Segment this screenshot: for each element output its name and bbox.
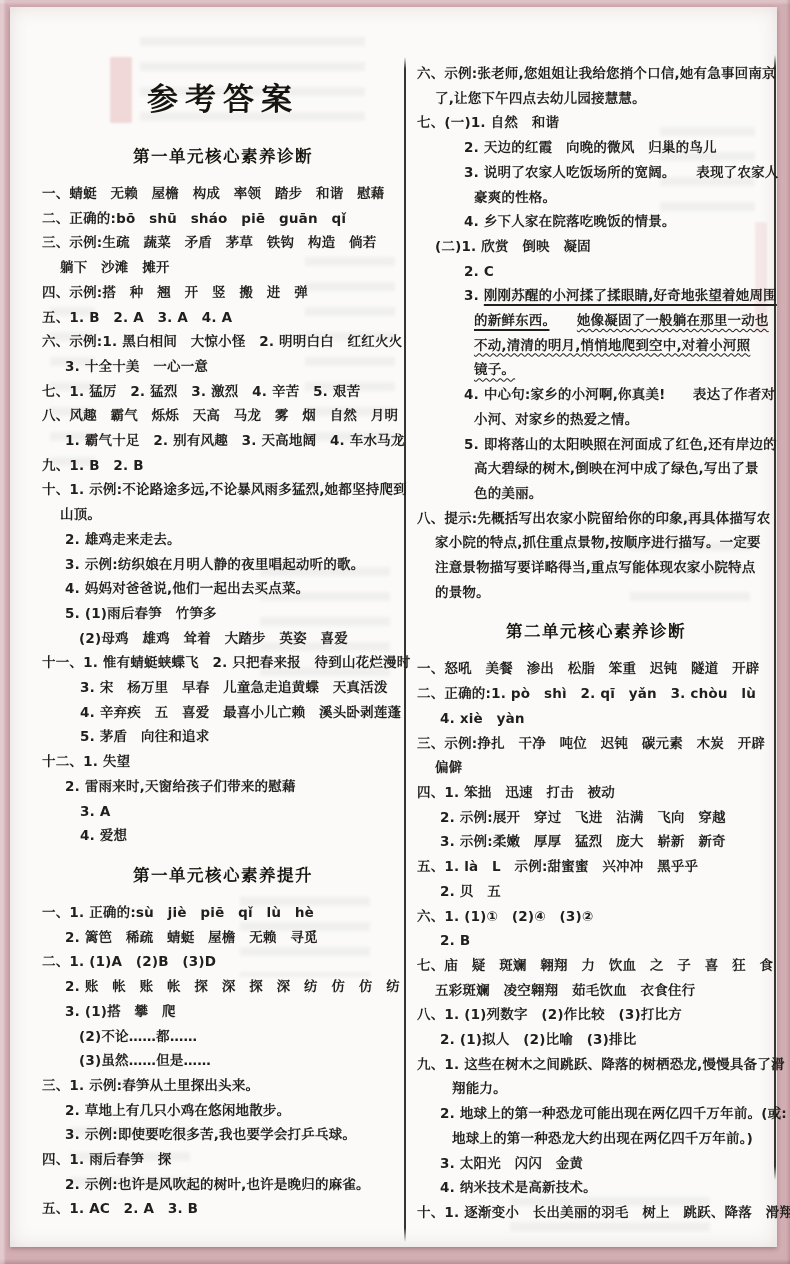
underlined-text: 的新鲜东西。: [474, 313, 549, 329]
answer-line: 的景物。: [417, 581, 775, 606]
answer-line: 3. 刚刚苏醒的小河揉了揉眼睛,好奇地张望着她周围: [417, 284, 775, 309]
left-column: 参考答案 第一单元核心素养诊断一、蜻蜓 无赖 屋檐 构成 率领 踏步 和谐 慰藉…: [42, 64, 404, 1222]
answer-line: 3. (1)搭 攀 爬: [42, 1000, 404, 1025]
answer-line: 八、1. (1)列数字 (2)作比较 (3)打比方: [417, 1003, 775, 1028]
answer-line: 镜子。: [417, 358, 775, 383]
section-heading: 第二单元核心素养诊断: [417, 618, 775, 642]
answer-line: 四、示例:搭 种 翘 开 竖 搬 进 弹: [42, 281, 404, 306]
answer-line: 3. 宋 杨万里 早春 儿童急走追黄蝶 天真活泼: [42, 676, 404, 701]
answer-line: (二)1. 欣赏 倒映 凝固: [417, 235, 775, 260]
answer-line: 4. 妈妈对爸爸说,他们一起出去买点菜。: [42, 577, 404, 602]
answer-line: 注意景物描写要详略得当,重点写能体现农家小院特点: [417, 556, 775, 581]
answer-line: 不动,清清的明月,悄悄地爬到空中,对着小河照: [417, 334, 775, 359]
answer-line: 4. 辛弃疾 五 喜爱 最喜小儿亡赖 溪头卧剥莲蓬: [42, 701, 404, 726]
answer-line: 七、1. 猛厉 2. 猛烈 3. 激烈 4. 辛苦 5. 艰苦: [42, 380, 404, 405]
wavy-underlined-text: 她像凝固了一般躺在那里一动也: [577, 313, 769, 329]
answer-line: 四、1. 雨后春笋 探: [42, 1148, 404, 1173]
answer-line: 四、1. 笨拙 迅速 打击 被动: [417, 781, 775, 806]
answer-line: 二、正确的:1. pò shì 2. qī yǎn 3. chòu lù: [417, 682, 775, 707]
answer-line: (3)虽然……但是……: [42, 1049, 404, 1074]
answer-line: 山顶。: [42, 503, 404, 528]
answer-line: 4. 纳米技术是高新技术。: [417, 1176, 775, 1201]
answer-line: 了,让您下午四点去幼儿园接慧慧。: [417, 87, 775, 112]
wavy-underlined-text: 镜子。: [474, 362, 515, 378]
left-column-lines: 第一单元核心素养诊断一、蜻蜓 无赖 屋檐 构成 率领 踏步 和谐 慰藉二、正确的…: [42, 143, 404, 1222]
answer-line: 九、1. 这些在树木之间跳跃、降落的树栖恐龙,慢慢具备了滑: [417, 1053, 775, 1078]
answer-line: 3. 示例:纺织娘在月明人静的夜里唱起动听的歌。: [42, 553, 404, 578]
answer-line: 五彩斑斓 凌空翱翔 茹毛饮血 衣食住行: [417, 979, 775, 1004]
answer-line: 2. B: [417, 929, 775, 954]
answer-line: 三、示例:挣扎 干净 吨位 迟钝 碳元素 木炭 开辟: [417, 732, 775, 757]
plain-text: 3.: [464, 288, 484, 304]
answer-line: 三、1. 示例:春笋从土里探出头来。: [42, 1074, 404, 1099]
answer-line: 4. 爱想: [42, 824, 404, 849]
answer-line: 地球上的第一种恐龙大约出现在两亿四千万年前。): [417, 1127, 775, 1152]
answer-line: 十二、1. 失望: [42, 750, 404, 775]
answer-line: 二、1. (1)A (2)B (3)D: [42, 950, 404, 975]
answer-line: 偏僻: [417, 756, 775, 781]
answer-line: 2. 草地上有几只小鸡在悠闲地散步。: [42, 1099, 404, 1124]
wavy-underlined-text: 不动,清清的明月,悄悄地爬到空中,对着小河照: [474, 338, 750, 354]
answer-line: 3. 十全十美 一心一意: [42, 355, 404, 380]
answer-line: 小河、对家乡的热爱之情。: [417, 408, 775, 433]
answer-line: 2. 雷雨来时,天窗给孩子们带来的慰藉: [42, 775, 404, 800]
answer-line: 八、提示:先概括写出农家小院留给你的印象,再具体描写农: [417, 507, 775, 532]
answer-line: 高大碧绿的树木,倒映在河中成了绿色,写出了景: [417, 457, 775, 482]
answer-line: 3. 说明了农家人吃饭场所的宽阔。 表现了农家人: [417, 161, 775, 186]
answer-line: (2)母鸡 雄鸡 耸着 大踏步 英姿 喜爱: [42, 627, 404, 652]
answer-line: 2. 示例:展开 穿过 飞进 沾满 飞向 穿越: [417, 806, 775, 831]
answer-line: 5. 即将落山的太阳映照在河面成了红色,还有岸边的: [417, 433, 775, 458]
right-column: 六、示例:张老师,您姐姐让我给您捎个口信,她有急事回南京了,让您下午四点去幼儿园…: [417, 62, 775, 1226]
answer-line: 2. 账 帐 账 帐 探 深 探 深 纺 仿 仿 纺: [42, 975, 404, 1000]
answer-line: 六、1. (1)① (2)④ (3)②: [417, 905, 775, 930]
answer-line: 翔能力。: [417, 1077, 775, 1102]
answer-line: 八、风趣 霸气 烁烁 天高 马龙 雾 烟 自然 月明: [42, 404, 404, 429]
answer-line: 2. 篱笆 稀疏 蜻蜓 屋檐 无赖 寻觅: [42, 926, 404, 951]
answer-line: 1. 霸气十足 2. 别有风趣 3. 天高地阔 4. 车水马龙: [42, 429, 404, 454]
answer-line: 六、示例:1. 黑白相间 大惊小怪 2. 明明白白 红红火火: [42, 330, 404, 355]
answer-line: 七、庙 疑 斑斓 翱翔 力 饮血 之 子 喜 狂 食: [417, 954, 775, 979]
answer-line: 一、蜻蜓 无赖 屋檐 构成 率领 踏步 和谐 慰藉: [42, 182, 404, 207]
answer-line: 4. 中心句:家乡的小河啊,你真美! 表达了作者对: [417, 383, 775, 408]
answer-line: (2)不论……都……: [42, 1025, 404, 1050]
answer-line: 2. 贝 五: [417, 880, 775, 905]
answer-line: 3. A: [42, 800, 404, 825]
answer-line: 家小院的特点,抓住重点景物,按顺序进行描写。一定要: [417, 531, 775, 556]
answer-line: 2. 地球上的第一种恐龙可能出现在两亿四千万年前。(或:: [417, 1102, 775, 1127]
answer-line: 十一、1. 惟有蜻蜓蛱蝶飞 2. 只把春来报 待到山花烂漫时: [42, 651, 404, 676]
answer-line: 七、(一)1. 自然 和谐: [417, 111, 775, 136]
answer-line: 一、怒吼 美餐 渗出 松脂 笨重 迟钝 隧道 开辟: [417, 657, 775, 682]
answer-line: 3. 示例:柔嫩 厚厚 猛烈 庞大 崭新 新奇: [417, 830, 775, 855]
answer-line: 九、1. B 2. B: [42, 454, 404, 479]
answer-line: 十、1. 逐渐变小 长出美丽的羽毛 树上 跳跃、降落 滑翔: [417, 1201, 775, 1226]
answer-line: 5. (1)雨后春笋 竹笋多: [42, 602, 404, 627]
answer-line: 3. 示例:即使要吃很多苦,我也要学会打乒乓球。: [42, 1123, 404, 1148]
answer-line: 六、示例:张老师,您姐姐让我给您捎个口信,她有急事回南京: [417, 62, 775, 87]
answer-line: 三、示例:生疏 蔬菜 矛盾 茅草 铁钩 构造 倘若: [42, 231, 404, 256]
answer-line: 2. 示例:也许是风吹起的树叶,也许是晚归的麻雀。: [42, 1173, 404, 1198]
answer-line: 4. 乡下人家在院落吃晚饭的情景。: [417, 210, 775, 235]
page-title: 参考答案: [42, 74, 404, 119]
plain-text: [549, 313, 576, 329]
answer-page: 参考答案 第一单元核心素养诊断一、蜻蜓 无赖 屋檐 构成 率领 踏步 和谐 慰藉…: [10, 7, 777, 1247]
answer-line: 2. 天边的红霞 向晚的微风 归巢的鸟儿: [417, 136, 775, 161]
column-divider-rule: [404, 57, 406, 1242]
answer-line: 一、1. 正确的:sù jiè piē qǐ lù hè: [42, 901, 404, 926]
answer-line: 五、1. AC 2. A 3. B: [42, 1197, 404, 1222]
answer-line: 二、正确的:bō shū sháo piē guān qǐ: [42, 207, 404, 232]
answer-line: 2. C: [417, 260, 775, 285]
answer-line: 2. 雄鸡走来走去。: [42, 528, 404, 553]
answer-line: 豪爽的性格。: [417, 186, 775, 211]
answer-line: 4. xiè yàn: [417, 707, 775, 732]
answer-line: 五、1. B 2. A 3. A 4. A: [42, 306, 404, 331]
answer-line: 色的美丽。: [417, 482, 775, 507]
answer-line: 躺下 沙滩 摊开: [42, 256, 404, 281]
answer-line: 十、1. 示例:不论路途多远,不论暴风雨多猛烈,她都坚持爬到: [42, 478, 404, 503]
answer-line: 五、1. là L 示例:甜蜜蜜 兴冲冲 黑乎乎: [417, 855, 775, 880]
answer-line: 3. 太阳光 闪闪 金黄: [417, 1152, 775, 1177]
answer-line: 的新鲜东西。 她像凝固了一般躺在那里一动也: [417, 309, 775, 334]
section-heading: 第一单元核心素养提升: [42, 862, 404, 886]
right-column-lines: 六、示例:张老师,您姐姐让我给您捎个口信,她有急事回南京了,让您下午四点去幼儿园…: [417, 62, 775, 1226]
underlined-text: 刚刚苏醒的小河揉了揉眼睛,好奇地张望着她周围: [484, 288, 777, 304]
answer-line: 5. 茅盾 向往和追求: [42, 725, 404, 750]
section-heading: 第一单元核心素养诊断: [42, 143, 404, 167]
answer-line: 2. (1)拟人 (2)比喻 (3)排比: [417, 1028, 775, 1053]
